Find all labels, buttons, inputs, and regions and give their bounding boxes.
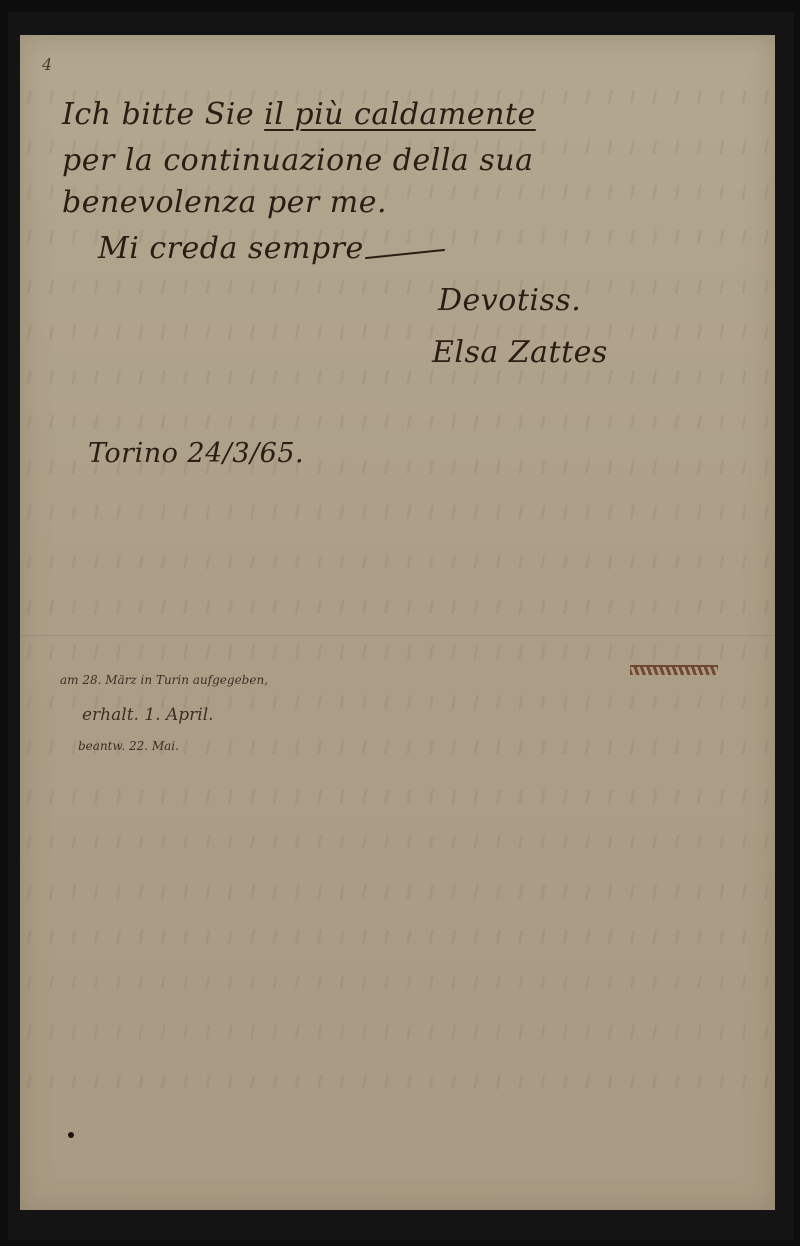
archival-note-line-1: am 28. März in Turin aufgegeben, (60, 673, 268, 687)
bleed-through-line (20, 505, 775, 519)
letter-line-2: per la continuazione della sua (62, 143, 533, 178)
page-number: 4 (42, 55, 52, 74)
bleed-through-line (20, 645, 775, 659)
letter-line-4: Mi creda sempre (98, 231, 364, 266)
bleed-through-line (20, 1025, 775, 1039)
bleed-through-line (20, 1075, 775, 1089)
letter-page: 4 Ich bitte Sie il più caldamente per la… (20, 35, 775, 1210)
crossed-out-word (630, 665, 718, 675)
bleed-through-line (20, 325, 775, 339)
bleed-through-line (20, 885, 775, 899)
signature: Elsa Zattes (432, 335, 608, 370)
bleed-through-line (20, 930, 775, 944)
letter-line-1-text: Ich bitte Sie (62, 97, 264, 132)
letter-line-1: Ich bitte Sie il più caldamente (62, 97, 536, 132)
archival-note-line-3: beantw. 22. Mai. (78, 739, 179, 753)
ink-spot (68, 1132, 74, 1138)
place-date: Torino 24/3/65. (88, 438, 304, 469)
bleed-through-line (20, 600, 775, 614)
closing: Devotiss. (438, 283, 581, 318)
archival-note-line-2: erhalt. 1. April. (82, 705, 214, 725)
bleed-through-line (20, 790, 775, 804)
bleed-through-line (20, 415, 775, 429)
bleed-through-line (20, 975, 775, 989)
bleed-through-line (20, 555, 775, 569)
bleed-through-line (20, 280, 775, 294)
letter-line-3: benevolenza per me. (62, 185, 387, 220)
flourish-line (365, 249, 445, 259)
bleed-through-line (20, 835, 775, 849)
emphasized-phrase: il più caldamente (264, 97, 536, 132)
bleed-through-line (20, 370, 775, 384)
paper-fold (20, 635, 775, 636)
